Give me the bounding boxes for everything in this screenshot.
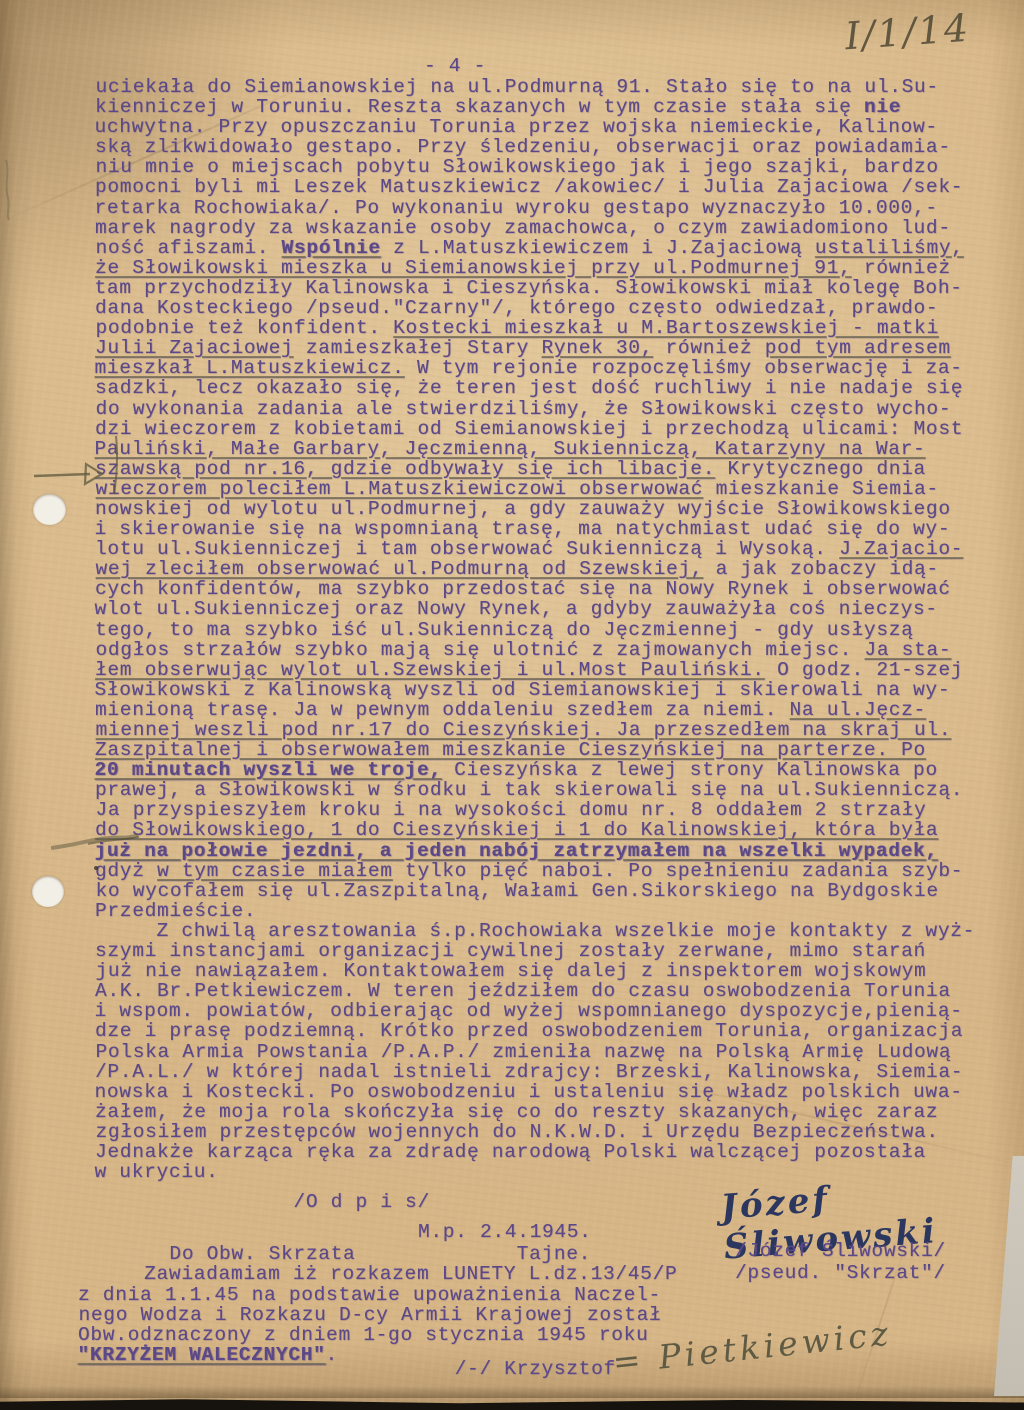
typed-line: nowskiej od wylotu ul.Podmurnej, a gdy z…	[95, 499, 976, 519]
typed-line: prawej, a Słowikowski w środku i tak ski…	[95, 780, 976, 800]
typed-segment: Słowikowski z Kalinowską wyszli od Siemi…	[95, 679, 951, 701]
typed-segment: z L.Matuszkiewiczem i J.Zajaciową	[381, 237, 815, 259]
typed-segment: nego Wodza i Rozkazu D-cy Armii Krajowej…	[79, 1304, 662, 1326]
typed-segment: Rynek 30,	[541, 337, 653, 359]
typed-segment: uciekała do Siemianowskiej na ul.Podmurn…	[96, 76, 939, 98]
typed-line: ską zlikwidowało gestapo. Przy śledzeniu…	[95, 137, 976, 157]
typed-segment: Cieszyńska z lewej strony Kalinowska po	[442, 759, 938, 781]
typed-segment: a jak zobaczy idą-	[703, 558, 939, 580]
typed-segment: Jednakże karząca ręka za zdradę narodową…	[95, 1141, 926, 1163]
typed-segment: podobnie też konfident.	[96, 317, 394, 339]
typed-line: Z chwilą aresztowania ś.p.Rochowiaka wsz…	[95, 921, 976, 941]
typed-segment: cych konfidentów, ma szybko przedostać s…	[95, 578, 951, 600]
typed-line: A.K. Br.Petkiewiczem. W teren jeździłem …	[95, 981, 976, 1001]
typed-line: Przedmieście.	[95, 901, 976, 921]
typed-segment: w tym czasie miałem	[157, 860, 393, 882]
typed-segment: sadzki, lecz okazało się, że teren jest …	[95, 377, 963, 399]
typed-segment: Zawiadamiam iż rozkazem LUNETY L.dz.13/4…	[95, 1263, 678, 1285]
typed-line: wlot ul.Sukienniczej oraz Nowy Rynek, a …	[95, 599, 976, 619]
typed-line: mieszkał L.Matuszkiewicz. W tym rejonie …	[95, 358, 976, 378]
typed-segment: Przedmieście.	[95, 900, 256, 922]
typed-line: /P.A.L./ w której nadal istnieli zdrajcy…	[95, 1062, 976, 1082]
typed-segment: Na ul.Jęcz-	[790, 699, 926, 721]
typed-segment: miennej weszli pod nr.17 do Cieszyńskiej…	[96, 719, 952, 741]
typed-segment: odgłos strzałów szybko mają się ulotnić …	[96, 639, 865, 661]
typed-segment: żałem, że moja rola skończyła się co do …	[95, 1101, 938, 1123]
typed-line: dana Kosteckiego /pseud."Czarny"/, które…	[95, 298, 976, 318]
archival-number-handwritten: I/1/14	[844, 6, 972, 59]
typed-line: sadzki, lecz okazało się, że teren jest …	[95, 378, 976, 398]
typed-line: nowska i Kostecki. Po oswobodzeniu i ust…	[95, 1082, 976, 1102]
typed-segment: /O d p i s/	[95, 1191, 430, 1213]
hole-punch	[33, 494, 66, 525]
typed-segment: uchwytna. Przy opuszczaniu Torunia przez…	[95, 116, 938, 138]
typed-segment: w ukryciu.	[95, 1161, 219, 1183]
typed-line: szawską pod nr.16, gdzie odbywały się ic…	[95, 459, 976, 479]
typed-line: tego, to ma szybko iść ul.Sukienniczą do…	[95, 620, 976, 640]
typed-line: odgłos strzałów szybko mają się ulotnić …	[96, 640, 977, 660]
typed-line: szymi instancjami organizacji cywilnej z…	[95, 941, 976, 961]
typed-segment: ustaliliśmy,	[815, 237, 964, 259]
typed-line: i skierowanie się na wspomnianą trasę, m…	[95, 519, 976, 539]
hole-punch	[32, 876, 64, 907]
typed-segment: również	[852, 257, 951, 279]
typed-line: Julii Zajaciowej zamieszkałej Stary Ryne…	[95, 338, 976, 358]
typed-line: podobnie też konfident. Kostecki mieszka…	[96, 318, 977, 338]
typed-line: niu mnie o miejscach pobytu Słowikowskie…	[96, 157, 977, 177]
typed-line: do Słowikowskiego, 1 do Cieszyńskiej i 1…	[95, 820, 976, 840]
typed-line: ko wycofałem się ul.Zaszpitalną, Wałami …	[96, 881, 977, 901]
typed-line: 20 minutach wyszli we troje, Cieszyńska …	[95, 760, 976, 780]
typed-segment: Wspólnie	[282, 237, 381, 259]
typed-line: i wspom. powiatów, odbierając od wyżej w…	[95, 1001, 976, 1021]
typed-segment: pomocni byli mi Leszek Matuszkiewicz /ak…	[95, 176, 963, 198]
signature-typed-name: /Józef Śliwowski/	[735, 1240, 946, 1262]
typed-segment: Do Obw. Skrzata Tajne.	[95, 1243, 591, 1265]
edge-pencil-scribble	[0, 158, 16, 222]
typed-segment: łem obserwując wylot ul.Szewskiej i ul.M…	[95, 659, 765, 681]
typed-segment: dzi wieczorem z kobietami od Siemianowsk…	[95, 418, 963, 440]
typed-line: cych konfidentów, ma szybko przedostać s…	[95, 579, 976, 599]
typed-line: mienioną trasę. Ja w pewnym oddaleniu sz…	[95, 700, 976, 720]
typed-segment: Krytycznego dnia	[715, 458, 926, 480]
typed-segment: szymi instancjami organizacji cywilnej z…	[95, 940, 926, 962]
typed-segment: już na połowie jezdni, a jeden nabój zat…	[95, 840, 938, 862]
typed-segment: wieczorem poleciłem L.Matuszkiewiczowi o…	[96, 478, 704, 500]
typed-segment: że Słowikowski mieszka u Siemianowskiej …	[95, 257, 852, 279]
typed-line: ność afiszami. Wspólnie z L.Matuszkiewic…	[96, 238, 977, 258]
typed-segment: prawej, a Słowikowski w środku i tak ski…	[95, 779, 963, 801]
typed-segment: mieszkanie Siemia-	[703, 478, 939, 500]
typed-segment: wej zleciłem obserwować ul.Podmurną od S…	[96, 558, 704, 580]
typed-segment: zamieszkałej Stary	[293, 337, 541, 359]
typed-segment: /P.A.L./ w której nadal istnieli zdrajcy…	[95, 1061, 963, 1083]
typed-segment: do wykonania zadania ale stwierdziliśmy,…	[96, 398, 952, 420]
typed-segment: dana Kosteckiego /pseud."Czarny"/, które…	[95, 297, 938, 319]
typed-line: Polska Armia Powstania /P.A.P./ zmieniła…	[96, 1042, 977, 1062]
typed-segment: szawską pod nr.16, gdzie odbywały się ic…	[95, 458, 715, 480]
typed-line: uciekała do Siemianowskiej na ul.Podmurn…	[96, 77, 977, 97]
typed-segment: .	[326, 1344, 338, 1366]
typed-segment: tylko pięć naboi. Po spełnieniu zadania …	[393, 860, 964, 882]
typed-segment: retarka Rochowiaka/. Po wykonaniu wyroku…	[95, 197, 938, 219]
typed-segment: lotu ul.Sukienniczej i tam obserwować Su…	[95, 538, 839, 560]
typed-segment: mienioną trasę. Ja w pewnym oddaleniu sz…	[95, 699, 790, 721]
typed-segment: Ja przyspieszyłem kroku i na wysokości d…	[96, 799, 927, 821]
typed-line: wej zleciłem obserwować ul.Podmurną od S…	[96, 559, 977, 579]
ink-speck	[94, 866, 98, 870]
typed-segment: W tym rejonie rozpoczęliśmy obserwację i…	[405, 357, 963, 379]
typed-segment: "KRZYŻEM WALECZNYCH"	[78, 1344, 326, 1366]
typed-segment: Kostecki mieszkał u M.Bartoszewskiej - m…	[393, 317, 939, 339]
typed-line: miennej weszli pod nr.17 do Cieszyńskiej…	[96, 720, 977, 740]
typed-segment: i skierowanie się na wspomnianą trasę, m…	[95, 518, 951, 540]
typed-segment: marek nagrody za wskazanie osoby zamacho…	[95, 217, 951, 239]
typed-line: gdyż w tym czasie miałem tylko pięć nabo…	[95, 861, 976, 881]
typed-segment: tam przychodziły Kalinowska i Cieszyńska…	[95, 277, 963, 299]
typed-segment: nowska i Kostecki. Po oswobodzeniu i ust…	[95, 1081, 963, 1103]
typed-line: już na połowie jezdni, a jeden nabój zat…	[95, 841, 976, 861]
typed-line: marek nagrody za wskazanie osoby zamacho…	[95, 218, 976, 238]
typed-line: uchwytna. Przy opuszczaniu Torunia przez…	[95, 117, 976, 137]
typed-line: Jednakże karząca ręka za zdradę narodową…	[95, 1142, 976, 1162]
typed-segment: mieszkał L.Matuszkiewicz.	[95, 357, 405, 379]
typed-line: Pauliński, Małe Garbary, Jęczmienną, Suk…	[95, 439, 976, 459]
typed-segment: Pauliński, Małe Garbary, Jęczmienną, Suk…	[95, 438, 926, 460]
typed-segment: dze i prasę podziemną. Krótko przed oswo…	[95, 1020, 963, 1042]
typed-segment: gdyż	[95, 860, 157, 882]
typed-line: dze i prasę podziemną. Krótko przed oswo…	[95, 1021, 976, 1041]
typed-line: do wykonania zadania ale stwierdziliśmy,…	[96, 399, 977, 419]
typed-line: Słowikowski z Kalinowską wyszli od Siemi…	[95, 680, 976, 700]
typed-segment: ność afiszami.	[96, 237, 282, 259]
page-number: - 4 -	[424, 55, 486, 77]
typed-line: wieczorem poleciłem L.Matuszkiewiczowi o…	[96, 479, 977, 499]
typed-segment: zgłosiłem przestępców wojennych do N.K.W…	[96, 1121, 939, 1143]
typed-segment: ską zlikwidowało gestapo. Przy śledzeniu…	[95, 136, 951, 158]
typed-line: Ja przyspieszyłem kroku i na wysokości d…	[96, 800, 977, 820]
typed-segment: wlot ul.Sukienniczej oraz Nowy Rynek, a …	[95, 598, 938, 620]
typed-segment: z dnia 1.1.45 na podstawie upoważnienia …	[78, 1284, 661, 1306]
typed-segment: ko wycofałem się ul.Zaszpitalną, Wałami …	[96, 880, 939, 902]
typed-segment: 20 minutach wyszli we troje,	[95, 759, 442, 781]
typed-segment: do Słowikowskiego, 1 do Cieszyńskiej i 1…	[95, 819, 938, 841]
typed-segment: nowskiej od wylotu ul.Podmurnej, a gdy z…	[95, 498, 951, 520]
document-page: I/1/14 - 4 - uciekała do Siemianowskiej …	[0, 0, 1024, 1410]
typed-segment: M.p. 2.4.1945.	[96, 1221, 592, 1243]
typed-segment: A.K. Br.Petkiewiczem. W teren jeździłem …	[95, 980, 951, 1002]
typed-segment: J.Zajacio-	[839, 538, 963, 560]
typed-line: że Słowikowski mieszka u Siemianowskiej …	[95, 258, 976, 278]
typed-line: żałem, że moja rola skończyła się co do …	[95, 1102, 976, 1122]
typed-segment: tego, to ma szybko iść ul.Sukienniczą do…	[95, 619, 914, 641]
typed-segment: Obw.odznaczony z dniem 1-go stycznia 194…	[78, 1324, 649, 1346]
typed-line: dzi wieczorem z kobietami od Siemianowsk…	[95, 419, 976, 439]
typed-line: zgłosiłem przestępców wojennych do N.K.W…	[96, 1122, 977, 1142]
typed-segment: pod tym adresem	[765, 337, 951, 359]
typed-segment: Polska Armia Powstania /P.A.P./ zmieniła…	[96, 1041, 952, 1063]
typed-segment: i wspom. powiatów, odbierając od wyżej w…	[95, 1000, 963, 1022]
typed-line: pomocni byli mi Leszek Matuszkiewicz /ak…	[95, 177, 976, 197]
typed-line: tam przychodziły Kalinowska i Cieszyńska…	[95, 278, 976, 298]
typed-line: kienniczej w Toruniu. Reszta skazanych w…	[95, 97, 976, 117]
typed-line: już nie nawiązałem. Kontaktowałem się da…	[96, 961, 977, 981]
typed-segment: również	[653, 337, 765, 359]
typed-segment: już nie nawiązałem. Kontaktowałem się da…	[96, 960, 927, 982]
typed-line: łem obserwując wylot ul.Szewskiej i ul.M…	[95, 660, 976, 680]
typed-line: z dnia 1.1.45 na podstawie upoważnienia …	[78, 1285, 976, 1305]
typed-line: Zaszpitalnej i obserwowałem mieszkanie C…	[95, 740, 976, 760]
typed-segment: Zaszpitalnej i obserwowałem mieszkanie C…	[95, 739, 926, 761]
bottom-edge-fade	[0, 1386, 1024, 1398]
typed-line: retarka Rochowiaka/. Po wykonaniu wyroku…	[95, 198, 976, 218]
typed-segment: O godz. 21-szej	[765, 659, 963, 681]
typed-segment: niu mnie o miejscach pobytu Słowikowskie…	[96, 156, 939, 178]
signature-typed-pseudonym: /pseud. "Skrzat"/	[735, 1262, 946, 1284]
typed-segment: nie	[864, 96, 901, 118]
typed-segment: Z chwilą aresztowania ś.p.Rochowiaka wsz…	[95, 920, 976, 942]
typed-segment: Julii Zajaciowej	[95, 337, 293, 359]
typed-segment: Ja sta-	[864, 639, 951, 661]
typed-segment: kienniczej w Toruniu. Reszta skazanych w…	[95, 96, 864, 118]
typed-line: lotu ul.Sukienniczej i tam obserwować Su…	[95, 539, 976, 559]
